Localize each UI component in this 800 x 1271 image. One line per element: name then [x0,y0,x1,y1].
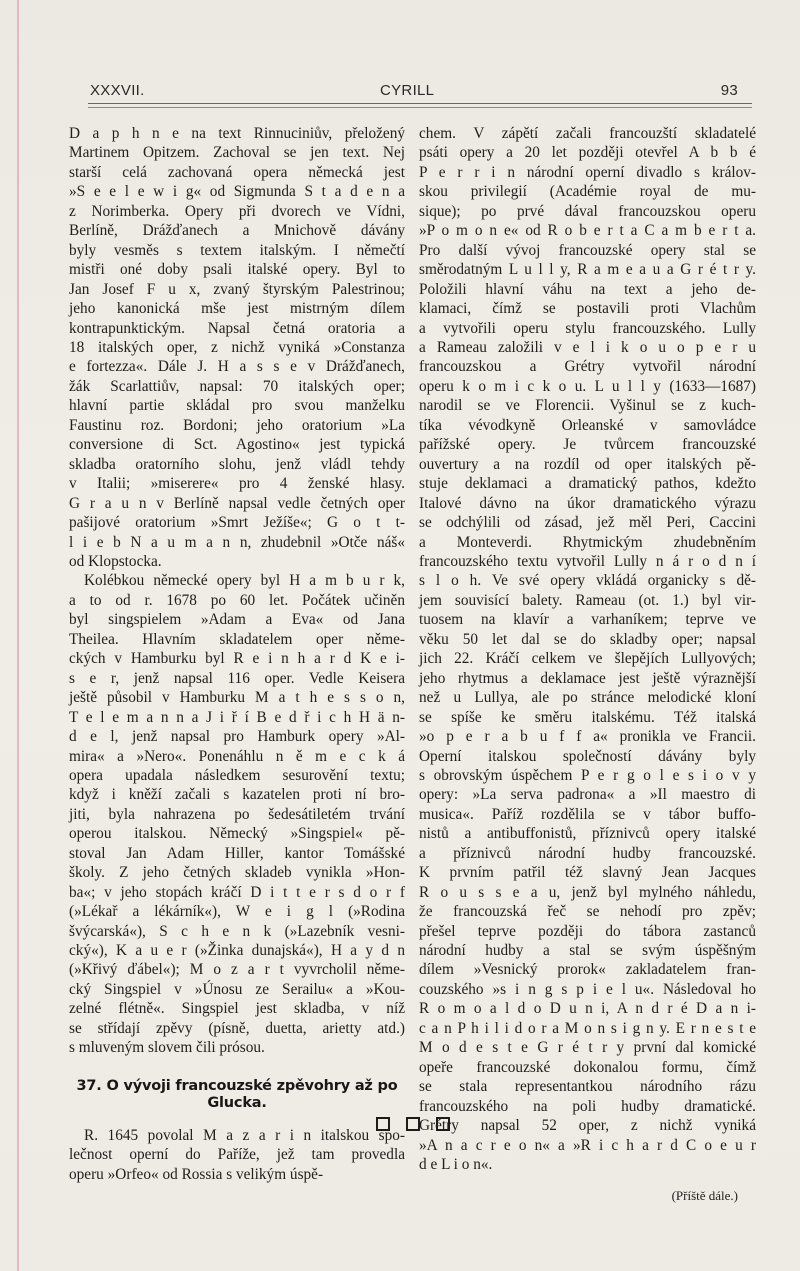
text-line: Faustinu roz. Bordoni; jeho oratorium »L… [69,416,405,435]
text-line: R o u s s e a u, jenž byl mylného náhled… [419,883,756,902]
text-line: nistů a antibuffonistů, příznivců opery … [419,824,756,843]
text-line: ba«; v jeho stopách kráčí D i t t e r s … [69,883,405,902]
text-line: švýcarská«), S c h e n k (»Lazebník vesn… [69,922,405,941]
text-line: Jan Josef F u x, zvaný štyrským Palestri… [69,280,405,299]
text-line: K prvním patřil též slavný Jean Jacques [419,863,756,882]
right-column: chem. V zápětí začali francouzští sklada… [419,124,756,1206]
text-line: (»Lékař a lékárník«), W e i g l (»Rodina [69,902,405,921]
text-line: se spíše ke směru italskému. Též italská [419,708,756,727]
paragraph-french-opera: chem. V zápětí začali francouzští sklada… [419,124,756,1174]
left-column: D a p h n e na text Rinnuciniův, přelože… [69,124,405,1184]
text-line: 18 italských oper, z nichž vyniká »Const… [69,338,405,357]
text-line: s l o h. Ve své opery vkládá organicky s… [419,571,756,590]
text-line: R. 1645 povolal M a z a r i n italskou s… [69,1126,405,1145]
text-line: M o d e s t e G r é t r y první dal komi… [419,1038,756,1057]
text-line: ještě působil v Hamburku M a t h e s s o… [69,688,405,707]
text-line: Pro další vývoj francouzské opery stal s… [419,241,756,260]
text-line: klamaci, čímž se postavili proti Vlachům [419,299,756,318]
text-line: Operní italskou společností dávány byly [419,747,756,766]
text-line: skou privilegií (Académie royal de mu- [419,182,756,201]
text-line: ouvertury a na rozdíl od oper italských … [419,455,756,474]
text-line: národní hudby a stal se svým úspěšným [419,941,756,960]
text-line: jeho rhytmus a deklamace jest ještě výra… [419,669,756,688]
text-line: jich 22. Kráčí celkem ve šlepějích Lully… [419,649,756,668]
text-line: s mluveným slovem čili prósou. [69,1038,405,1057]
header-rule [88,103,752,108]
text-line: (»Křivý ďábel«); M o z a r t vyvrcholil … [69,960,405,979]
text-line: Italové dávno na úkor dramatického výraz… [419,494,756,513]
section-heading: 37. O vývoji francouzské zpěvohry až po … [69,1078,405,1112]
paragraph-hamburk: Kolébkou německé opery byl H a m b u r k… [69,571,405,1057]
text-line: l i e b N a u m a n n, zhudebnil »Otče n… [69,533,405,552]
text-line: D a p h n e na text Rinnuciniův, přelože… [69,124,405,143]
text-line: Grétry napsal 52 oper, z nichž vyniká [419,1116,756,1135]
text-line: francouzského textu vytvořil Lully n á r… [419,552,756,571]
text-line: francouzského na poli hudby dramatické. [419,1097,756,1116]
text-line: »A n a c r e o n« a »R i c h a r d C o e… [419,1136,756,1155]
text-line: hlavní partie skládal pro svou manželku [69,396,405,415]
text-line: s e r, jenž napsal 116 oper. Vedle Keise… [69,669,405,688]
volume-number: XXXVII. [90,82,145,99]
text-line: tíka vévodkyně Orleanské v samovládce [419,416,756,435]
text-line: a vytvořili operu stylu francouzského. L… [419,319,756,338]
text-line: Položili hlavní váhu na text a jeho de- [419,280,756,299]
text-line: opery: »La serva padrona« a »Il maestro … [419,785,756,804]
text-line: Martinem Opitzem. Zachoval se jen text. … [69,143,405,162]
text-line: G r a u n v Berlíně napsal vedle četných… [69,494,405,513]
page-margin-line [17,0,19,1271]
text-line: francouzskou a Grétry vytvořil národní [419,357,756,376]
text-line: mira« a »Nero«. Ponenáhlu n ě m e c k á [69,747,405,766]
text-line: narodil se ve Florencii. Vyšinul se z ku… [419,396,756,415]
text-line: »S e e l e w i g« od Sigmunda S t a d e … [69,182,405,201]
text-line: Berlíně, Drážďanech a Mnichově dávány [69,221,405,240]
text-line: tuosem na klavír a varhaníkem; teprve ve [419,610,756,629]
journal-title: CYRILL [380,82,434,99]
text-line: dílem »Vesnický prorok« zakladatelem fra… [419,960,756,979]
text-line: ckých v Hamburku byl R e i n h a r d K e… [69,649,405,668]
text-line: byl singspielem »Adam a Eva« od Jana [69,610,405,629]
text-line: školy. Z jeho četných skladeb vynikla »H… [69,863,405,882]
text-line: chem. V zápětí začali francouzští sklada… [419,124,756,143]
text-line: P e r r i n národní operní divadlo s krá… [419,163,756,182]
text-line: couzského »s i n g s p i e l u«. Následo… [419,980,756,999]
text-line: T e l e m a n n a J i ř í B e d ř i c h … [69,708,405,727]
text-line: starší celá zachovaná opera německá jest [69,163,405,182]
text-line: a Rameau založili v e l i k o u o p e r … [419,338,756,357]
text-line: byly vesměs s textem italským. I němečtí [69,241,405,260]
text-line: Kolébkou německé opery byl H a m b u r k… [69,571,405,590]
text-line: v Italii; »miserere« pro 4 ženské hlasy. [69,474,405,493]
square-ornament-icon [376,1117,390,1131]
text-line: cký Singspiel v »Únosu ze Serailu« a »Ko… [69,980,405,999]
text-line: zelné flétně«. Singspiel jest skladba, v… [69,999,405,1018]
text-line: směrodatným L u l l y, R a m e a u a G r… [419,260,756,279]
text-line: opeře francouzské dokonalou formu, čímž [419,1058,756,1077]
text-line: cký«), K a u e r (»Žinka dunajská«), H a… [69,941,405,960]
text-line: d e l, jenž napsal pro Hamburk opery »Al… [69,727,405,746]
running-header: XXXVII. CYRILL 93 [90,80,752,102]
text-line: e fortezza«. Dále J. H a s s e v Drážďan… [69,357,405,376]
text-line: »P o m o n e« od R o b e r t a C a m b e… [419,221,756,240]
text-line: se odchýlili od zásad, jež měl Peri, Cac… [419,513,756,532]
page-number: 93 [721,82,738,99]
continuation-note: (Příště dále.) [419,1186,756,1205]
text-line: z Norimberka. Opery při dvorech ve Vídni… [69,202,405,221]
text-line: jiti, byla nahrazena po šedesátiletém tr… [69,805,405,824]
text-line: a to od r. 1678 po 60 let. Počátek učině… [69,591,405,610]
text-line: opera upadala následkem sesurovění textu… [69,766,405,785]
text-line: že francouzská řeč se nehodí pro zpěv; [419,902,756,921]
paragraph-mazarin: R. 1645 povolal M a z a r i n italskou s… [69,1126,405,1184]
text-line: se stala representantkou národního rázu [419,1077,756,1096]
text-line: lečnost operní do Paříže, jež tam proved… [69,1145,405,1164]
text-line: s obrovským úspěchem P e r g o l e s i o… [419,766,756,785]
text-line: když i kněží začali s kazatelen proti ní… [69,785,405,804]
square-ornament-icon [436,1117,450,1131]
text-line: věku 50 let dal se do skladby oper; naps… [419,630,756,649]
text-line: od Klopstocka. [69,552,405,571]
text-line: pašijové oratorium »Smrt Ježíše«; G o t … [69,513,405,532]
text-line: operu »Orfeo« od Rossia s velikým úspě- [69,1165,405,1184]
text-line: conversione di Sct. Agostino« jest typic… [69,435,405,454]
text-line: jeho kanonická mše jest mistrným dílem [69,299,405,318]
text-line: psáti opery a 20 let později otevřel A b… [419,143,756,162]
text-line: se střídají zpěvy (písně, duetta, ariett… [69,1019,405,1038]
text-line: pařížské opery. Je tvůrcem francouzské [419,435,756,454]
text-line: c a n P h i l i d o r a M o n s i g n y.… [419,1019,756,1038]
paragraph-daphne: D a p h n e na text Rinnuciniův, přelože… [69,124,405,571]
text-line: stuje deklamaci a dramatický pathos, kde… [419,474,756,493]
text-line: operu k o m i c k o u. L u l l y (1633—1… [419,377,756,396]
text-line: kontrapunktickým. Napsal četná oratoria … [69,319,405,338]
text-line: stoval Jan Adam Hiller, kantor Tomášské [69,844,405,863]
text-line: »o p e r a b u f f a« pronikla ve Franci… [419,727,756,746]
text-line: žák Scarlattiův, napsal: 70 italských op… [69,377,405,396]
text-line: přešel teprve později do tábora zastanců [419,922,756,941]
text-line: a příznivců národní hudby francouzské. [419,844,756,863]
text-line: sique); po prvé dával francouzskou operu [419,202,756,221]
text-line: skladba oratorního slohu, jenž vládl teh… [69,455,405,474]
text-line: mistři oné doby psali italské opery. Byl… [69,260,405,279]
text-line: d e L i o n«. [419,1155,756,1174]
text-line: a Monteverdi. Rhytmickým zhudebněním [419,533,756,552]
section-end-ornament [376,1117,456,1137]
text-line: musica«. Paříž rozdělila se v tábor buff… [419,805,756,824]
text-line: jem souvisící balety. Rameau (ot. 1.) by… [419,591,756,610]
square-ornament-icon [406,1117,420,1131]
text-line: Theilea. Hlavním skladatelem oper něme- [69,630,405,649]
text-line: operou italskou. Německý »Singspiel« pě- [69,824,405,843]
text-line: než u Lullya, ale po stránce melodické k… [419,688,756,707]
text-line: R o m o a l d o D u n i, A n d r é D a n… [419,999,756,1018]
